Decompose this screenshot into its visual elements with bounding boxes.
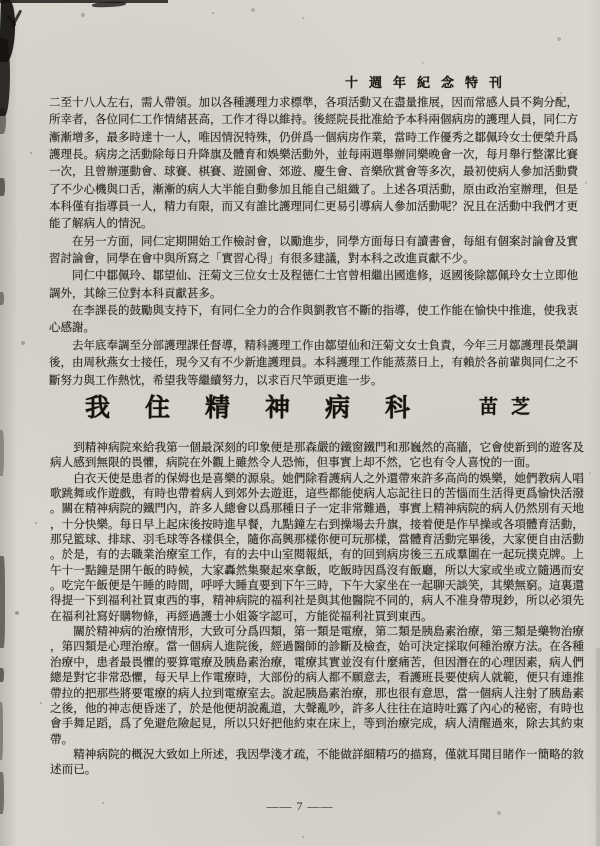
article-heading-row: 我住精神病科 苗芝: [0, 388, 600, 422]
article-title: 我住精神病科: [85, 388, 445, 424]
edge-mark: [0, 556, 5, 648]
scanned-page: 十週年紀念特刊 二至十八人左右，需人帶領。加以各種護理力求標準，各項活動又在盡量…: [0, 0, 600, 846]
paragraph: 白衣天使是患者的保姆也是喜樂的源泉。她們除看護病人之外還帶來許多高尚的娛樂，她們…: [50, 471, 584, 624]
article-body: 到精神病院來給我第一個最深刻的印象便是那森嚴的鐵窗鐵門和那巍然的高牆，它會使新到…: [50, 440, 584, 778]
page-number: —— 7 ——: [0, 799, 600, 814]
edge-mark: [0, 430, 4, 476]
paragraph: 在另一方面，同仁定期開始工作檢討會，以勵進步，同學方面每日有讀書會，每組有個案討…: [49, 234, 578, 269]
paragraph: 關於精神病的治療情形，大致可分爲四類，第一類是電療，第二類是胰島素治療，第三類是…: [50, 624, 584, 747]
nursing-report-section: 二至十八人左右，需人帶領。加以各種護理力求標準，各項活動又在盡量推展，因而常感人…: [49, 95, 578, 390]
paragraph: 在李課長的鼓勵與支持下，有同仁全力的合作與劉教官不斷的指導，使工作能在愉快中推進…: [49, 303, 578, 338]
ink-smudge: [92, 1, 126, 8]
edge-mark: [0, 702, 3, 760]
paragraph: 去年底奉調至分部護理課任督導，精科護理工作由鄒望仙和汪菊文女士負責，今年三月鄒護…: [49, 338, 578, 390]
edge-mark: [596, 648, 600, 846]
paragraph: 同仁中鄒佩玲、鄒望仙、汪菊文三位女士及程德仁士官曾相繼出國進修，返國後除鄒佩玲女…: [49, 268, 578, 303]
edge-mark: [0, 292, 4, 305]
scan-edge-line: [0, 0, 168, 3]
paragraph: 精神病院的概況大致如上所述，我因學淺才疏，不能做詳細精巧的描寫，僅就耳聞目睹作一…: [50, 747, 584, 778]
article-author: 苗芝: [479, 392, 543, 419]
paragraph: 二至十八人左右，需人帶領。加以各種護理力求標準，各項活動又在盡量推展，因而常感人…: [49, 95, 578, 234]
paragraph: 到精神病院來給我第一個最深刻的印象便是那森嚴的鐵窗鐵門和那巍然的高牆，它會使新到…: [50, 440, 584, 471]
edge-mark: [0, 178, 5, 196]
ink-smudge: [0, 38, 10, 116]
running-header: 十週年紀念特刊: [345, 72, 513, 91]
paper-noise-specks: [0, 0, 2, 2]
edge-mark: [0, 668, 4, 682]
ink-smudge: [0, 108, 6, 134]
